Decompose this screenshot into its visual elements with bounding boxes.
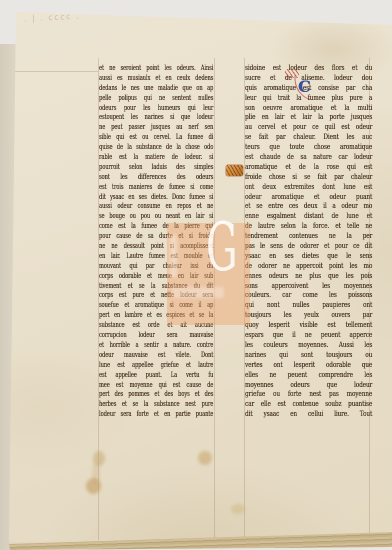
manuscript-text-line: vertes ont lesperit odorable que <box>245 360 372 370</box>
watermark-faded-text <box>172 287 224 298</box>
watermark-letter-g: G <box>206 215 238 281</box>
manuscript-text-line: est chaude de sa nature car lodeur <box>245 152 372 162</box>
manuscript-text-line: pourroit selon laduis des simples <box>99 162 213 172</box>
manuscript-text-line: de odorer ne appercoit point les mo <box>245 261 372 271</box>
blue-chapter-initial: C <box>298 79 311 95</box>
manuscript-text-line: rable est la matiere de lodeur. si <box>99 152 213 162</box>
manuscript-text-line: sidoine est lodeur des flors et du <box>245 63 372 73</box>
manuscript-text-line: ennes odeurs ne plus que les pois <box>245 271 372 281</box>
manuscript-text-line: froide chose si se fait par chaleur <box>245 172 372 182</box>
manuscript-text-line: estoupent les narines si que lodeur <box>99 112 213 122</box>
manuscript-text-line: aromatique et de la rose qui est <box>245 162 372 172</box>
manuscript-text-line: et ne seroient point les odeurs. Ainsi <box>99 63 213 73</box>
manuscript-text-line: espars que il ne peuent apperce <box>245 330 372 340</box>
ruling-line-top-margin <box>14 71 98 72</box>
manuscript-text-line: aussi odeur consume en repos et ne <box>99 201 213 211</box>
manuscript-text-line: griefue ou forte nest pas moyenne <box>245 389 372 399</box>
manuscript-text-line: lodeur sera forte et en partie puante <box>99 409 213 419</box>
manuscript-text-line: herbes et se la substance nest pure <box>99 399 213 409</box>
manuscript-text-line: tousjours les yeulx ouvers par <box>245 310 372 320</box>
manuscript-text-line: pas le sens de odorer et pour ce dit <box>245 241 372 251</box>
manuscript-text-line: au cervel et pour ce quil est odeur <box>245 122 372 132</box>
manuscript-text-line: plie en lair et lair la porte jusques <box>245 112 372 122</box>
manuscript-text-line: odeur mauvaise est vilete. Dont <box>99 350 213 360</box>
manuscript-text-line: qui nont nulles paupieres ont <box>245 300 372 310</box>
ink-stain <box>86 478 101 494</box>
manuscript-text-line: elles ne peuent comprendre les <box>245 370 372 380</box>
manuscript-text-line: se fait par chaleur. Dient les auc <box>245 132 372 142</box>
manuscript-text-line: les couleurs moyennes. Aussi les <box>245 340 372 350</box>
manuscript-text-line: et se entre ces deux il a odeur mo <box>245 201 372 211</box>
manuscript-text-line: enne esgalment distant de lune et <box>245 211 372 221</box>
ink-stain <box>231 504 245 514</box>
manuscript-text-line: quoy lesperit visible est tellement <box>245 320 372 330</box>
manuscript-text-line: pert des pommes et des boys et des <box>99 389 213 399</box>
red-corner-smudge <box>375 7 391 19</box>
manuscript-text-line: pelle polipus qui ne sentent nulles <box>99 93 213 103</box>
manuscript-text-line: se bouge ou pou ou neant en lair si <box>99 211 213 221</box>
manuscript-page: . | . cccc . et ne seroient point les od… <box>0 0 392 550</box>
manuscript-text-line: dedans le nes une maladie que on ap <box>99 83 213 93</box>
manuscript-text-line: dit ysaac en ses dietes. Donc fumee si <box>99 192 213 202</box>
manuscript-text-line: ysaac en ses dietes que le sens <box>245 251 372 261</box>
ink-stain <box>198 451 212 465</box>
manuscript-text-line: dit ysaac en cellui liure. Tout <box>245 409 372 419</box>
manuscript-text-line: de lautre selon la force. et telle ne <box>245 221 372 231</box>
manuscript-text-line: mee est moyenne qui est cause de <box>99 380 213 390</box>
manuscript-text-line: est trois manieres de fumee si come <box>99 182 213 192</box>
manuscript-text-line: ne peut passer jusques au nerf sen <box>99 122 213 132</box>
text-column-right: sidoine est lodeur des flors et dusucre … <box>245 63 392 419</box>
manuscript-text-line: aussi es musiaulx et en ceulx dedens <box>99 73 213 83</box>
manuscript-text-line: tendrement contenues ne la per <box>245 231 372 241</box>
watermark-faded-letter <box>170 235 177 277</box>
manuscript-text-line: sible qui est ou cervel. La fumee di <box>99 132 213 142</box>
gold-paraph-mark <box>226 165 243 176</box>
manuscript-text-line: car elle est contenue soubz puantise <box>245 399 372 409</box>
manuscript-text-line: sont les differences des odeurs <box>99 172 213 182</box>
manuscript-text-line: et horrible a sentir a nature. contre <box>99 340 213 350</box>
manuscript-text-line: odeurs pour les humeurs qui leur <box>99 103 213 113</box>
manuscript-text-line: couleurs. car come les poissons <box>245 290 372 300</box>
manuscript-text-line: teurs que toute chose aromatique <box>245 142 372 152</box>
manuscript-text-line: ont deux extremites dont lune est <box>245 182 372 192</box>
manuscript-text-line: est appellee puant. La vertu fu <box>99 370 213 380</box>
folio-mark: . | . cccc . <box>24 12 80 24</box>
watermark-stamp: G <box>167 223 250 325</box>
manuscript-text-line: corrupcion lodeur sera mauvaise <box>99 330 213 340</box>
manuscript-text-line: quise de la substance de la chose odo <box>99 142 213 152</box>
manuscript-text-line: odeur aromatique et odeur puant <box>245 192 372 202</box>
text-column-right-lines: sidoine est lodeur des flors et dusucre … <box>245 63 372 419</box>
manuscript-text-line: narines qui sont tousjours ou <box>245 350 372 360</box>
manuscript-text-line: sons appercoivent les moyennes <box>245 281 372 291</box>
manuscript-text-line: moyennes odeurs que lodeur <box>245 380 372 390</box>
scan-background: { "page": { "folio_mark": ". | . cccc ."… <box>0 0 392 550</box>
manuscript-text-line: son oeuvre aromatique et la multi <box>245 103 372 113</box>
manuscript-text-line: lune est appellee griefue et lautre <box>99 360 213 370</box>
